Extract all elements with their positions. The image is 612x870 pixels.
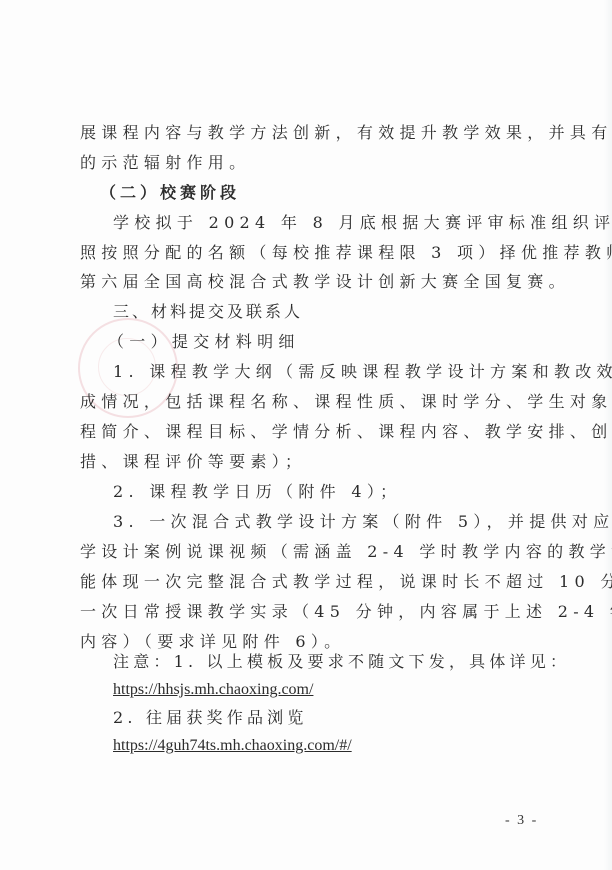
page-number: - 3 - [505,813,538,829]
section-heading-materials: 三、材料提交及联系人 [113,301,565,323]
document-page: 展课程内容与教学方法创新，有效提升教学效果，并具有一定 的示范辐射作用。 （二）… [0,0,612,870]
list-item-line: 成情况，包括课程名称、课程性质、课时学分、学生对象、课 [80,391,532,413]
list-item-line: 1. 课程教学大纲（需反映课程教学设计方案和教改效果达 [113,361,565,383]
list-item-line: 能体现一次完整混合式教学过程，说课时长不超过 10 分钟）、 [80,571,532,593]
paragraph-line: 学校拟于 2024 年 8 月底根据大赛评审标准组织评审，并按 [113,212,565,234]
paragraph-line: 展课程内容与教学方法创新，有效提升教学效果，并具有一定 [80,122,532,144]
section-heading-school-contest: （二）校赛阶段 [100,182,552,204]
subsection-heading-materials-list: （一）提交材料明细 [108,331,560,353]
list-item-line: 一次日常授课教学实录（45 分钟，内容属于上述 2-4 学时教学 [80,601,532,623]
template-details-link[interactable]: https://hhsjs.mh.chaoxing.com/ [113,679,313,701]
note-line: 2. 往届获奖作品浏览 [113,707,565,729]
list-item-line: 2. 课程教学日历（附件 4）； [113,481,565,503]
list-item-line: 学设计案例说课视频（需涵盖 2-4 学时教学内容的教学设计， [80,541,532,563]
list-item-line: 内容）（要求详见附件 6）。 [80,631,532,653]
paragraph-line: 第六届全国高校混合式教学设计创新大赛全国复赛。 [80,271,532,293]
list-item-line: 措、课程评价等要素）； [80,451,532,473]
paragraph-line: 的示范辐射作用。 [80,152,532,174]
list-item-line: 3. 一次混合式教学设计方案（附件 5），并提供对应的教 [113,511,565,533]
past-winners-link[interactable]: https://4guh74ts.mh.chaoxing.com/#/ [113,735,352,757]
paragraph-line: 照按照分配的名额（每校推荐课程限 3 项）择优推荐教师参加 [80,242,532,264]
note-line: 注意：1. 以上模板及要求不随文下发，具体详见： [113,651,565,673]
list-item-line: 程简介、课程目标、学情分析、课程内容、教学安排、创新举 [80,421,532,443]
